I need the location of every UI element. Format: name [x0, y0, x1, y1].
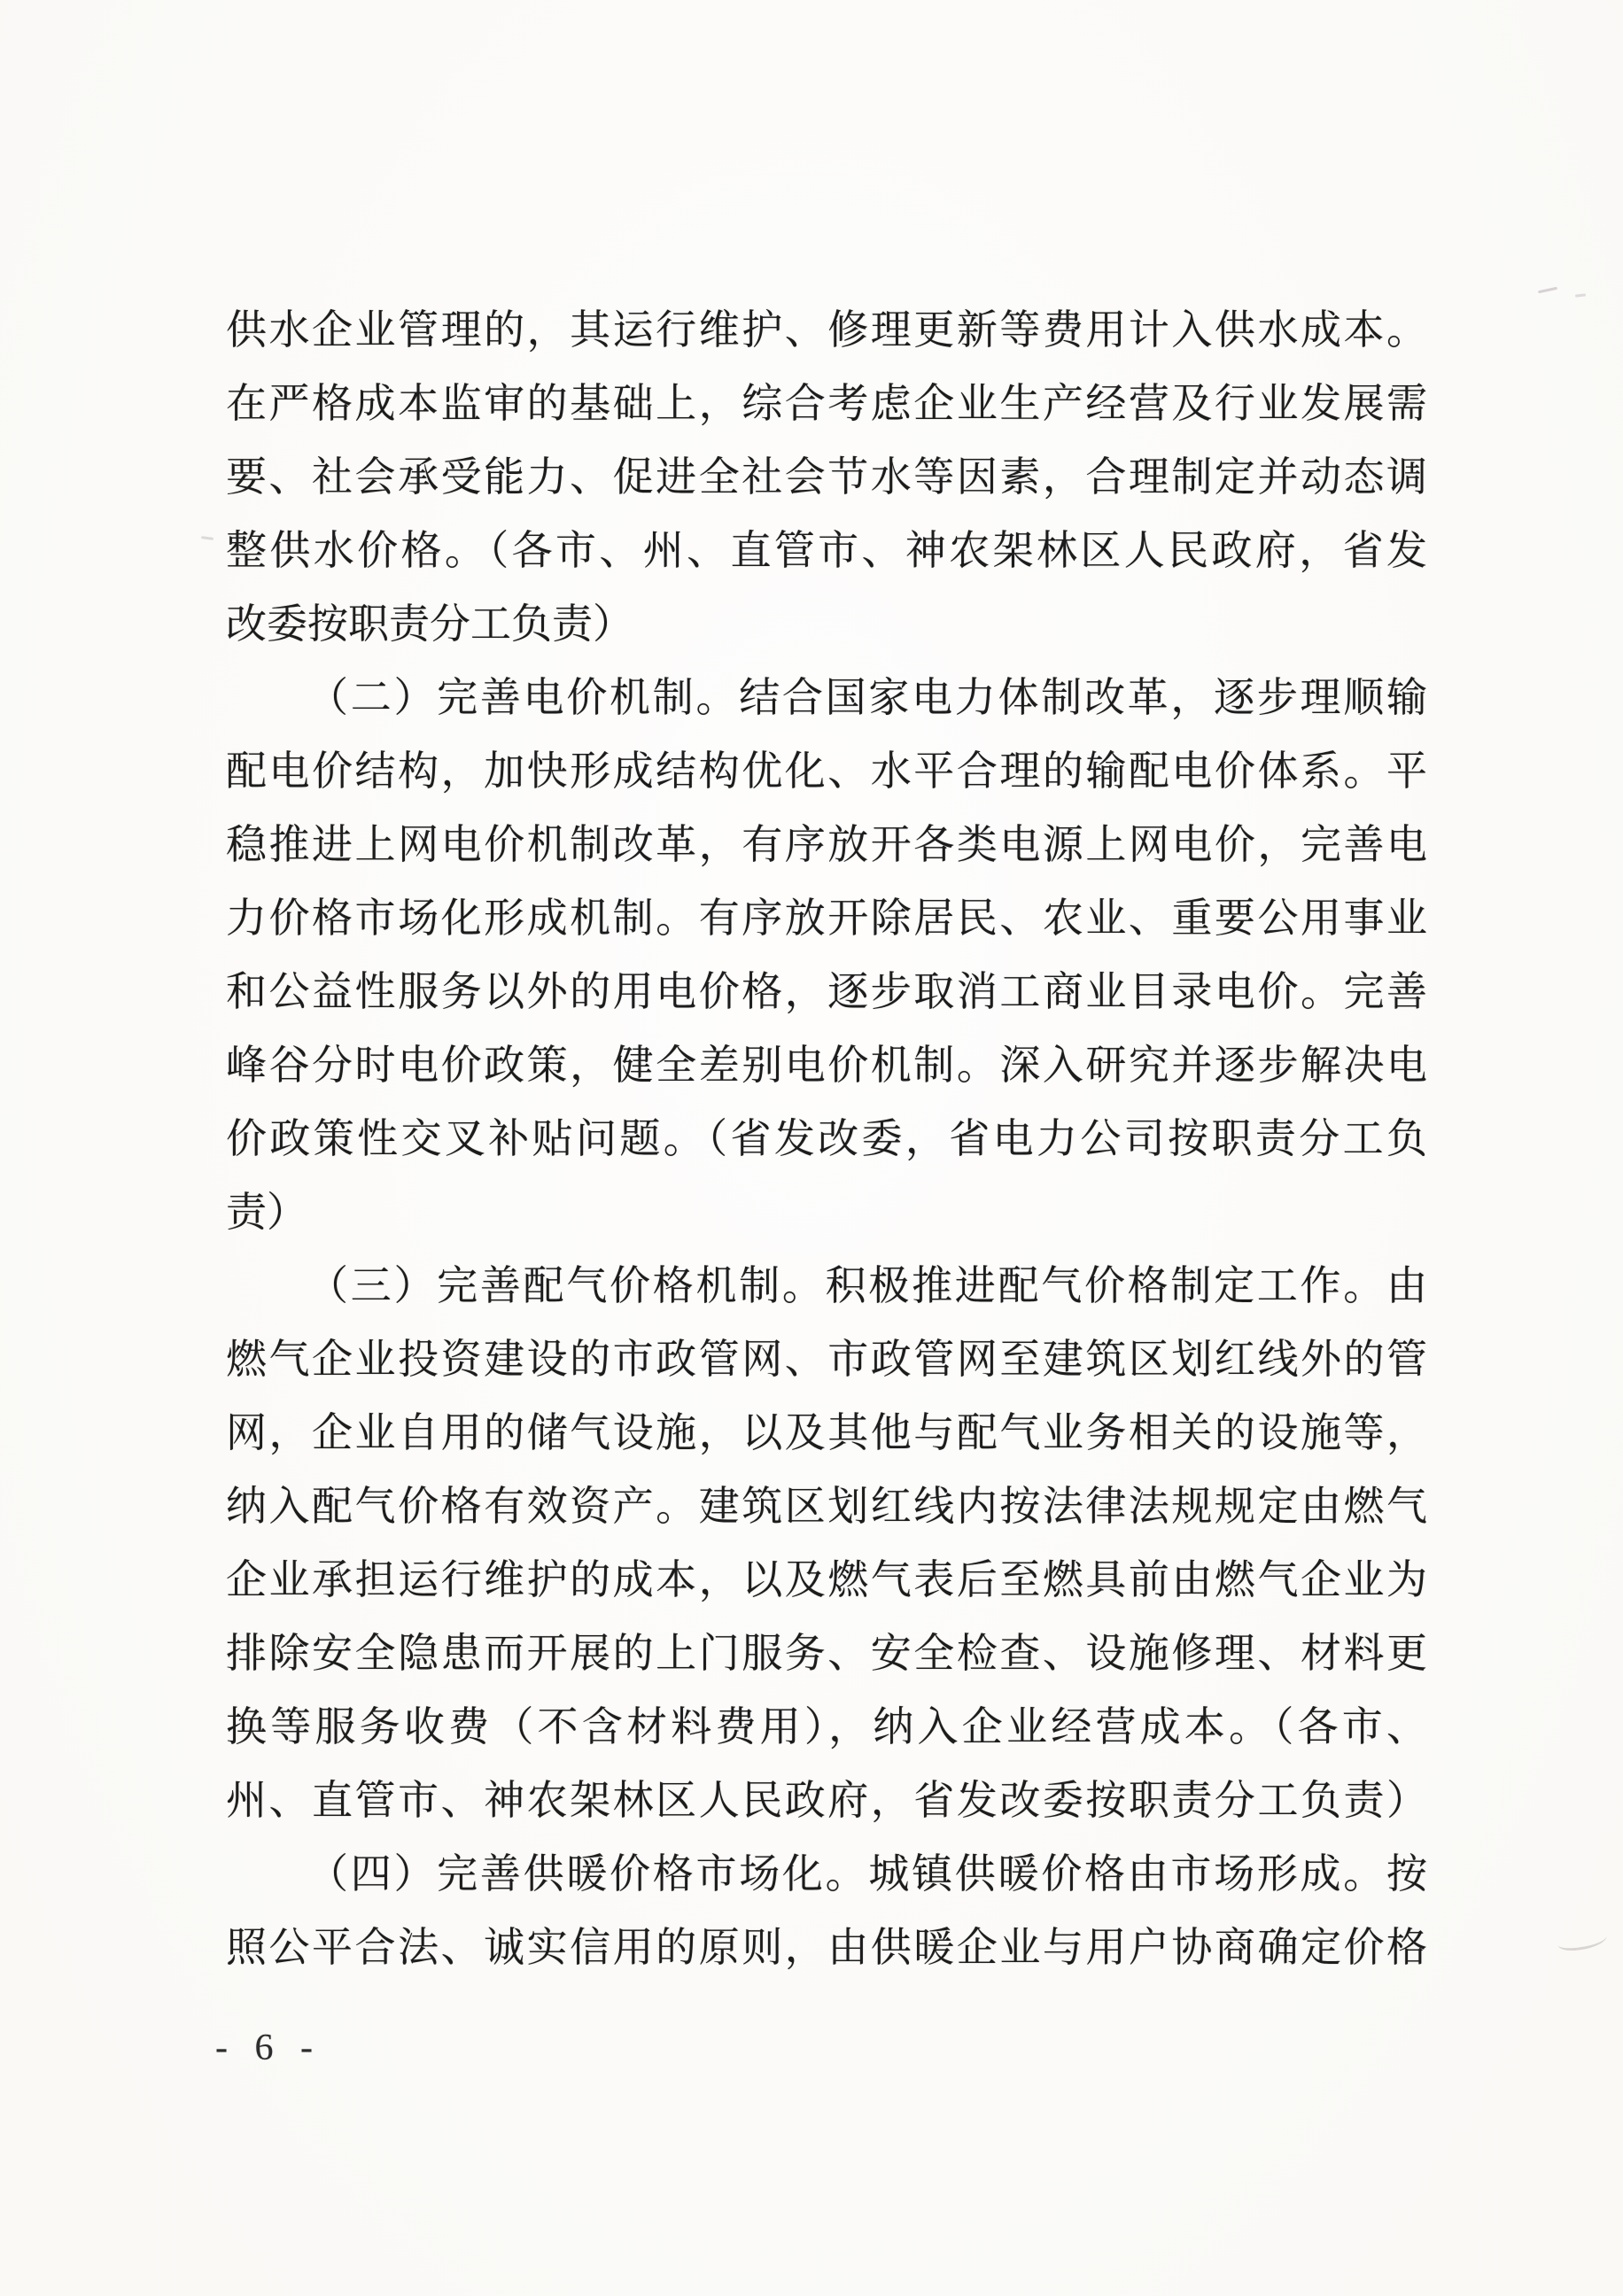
text-line: 换等服务收费（不含材料费用），纳入企业经营成本。（各市、 [226, 1690, 1427, 1764]
scanned-document-page: 供水企业管理的，其运行维护、修理更新等费用计入供水成本。在严格成本监审的基础上，… [0, 0, 1623, 2296]
text-line: 配电价结构，加快形成结构优化、水平合理的输配电价体系。平 [226, 734, 1427, 808]
text-line: 在严格成本监审的基础上，综合考虑企业生产经营及行业发展需 [226, 367, 1427, 440]
text-line: 纳入配气价格有效资产。建筑区划红线内按法律法规规定由燃气 [226, 1470, 1427, 1543]
text-line: （三）完善配气价格机制。积极推进配气价格制定工作。由 [226, 1249, 1427, 1323]
scan-artifact [1575, 293, 1586, 297]
text-line: 改委按职责分工负责） [226, 587, 1427, 661]
text-line: 照公平合法、诚实信用的原则，由供暖企业与用户协商确定价格 [226, 1911, 1427, 1984]
text-line: 整供水价格。（各市、州、直管市、神农架林区人民政府，省发 [226, 514, 1427, 587]
text-line: 燃气企业投资建设的市政管网、市政管网至建筑区划红线外的管 [226, 1323, 1427, 1396]
page-number: - 6 - [215, 2027, 322, 2069]
text-line: 和公益性服务以外的用电价格，逐步取消工商业目录电价。完善 [226, 955, 1427, 1028]
scan-artifact [1557, 1928, 1608, 1953]
scan-artifact [201, 536, 214, 540]
text-line: 州、直管市、神农架林区人民政府，省发改委按职责分工负责） [226, 1764, 1427, 1837]
text-line: 网，企业自用的储气设施，以及其他与配气业务相关的设施等， [226, 1396, 1427, 1470]
text-line: 要、社会承受能力、促进全社会节水等因素，合理制定并动态调 [226, 440, 1427, 514]
text-line: 企业承担运行维护的成本，以及燃气表后至燃具前由燃气企业为 [226, 1543, 1427, 1617]
text-line: 责） [226, 1175, 1427, 1249]
text-line: 排除安全隐患而开展的上门服务、安全检查、设施修理、材料更 [226, 1617, 1427, 1690]
text-line: （四）完善供暖价格市场化。城镇供暖价格由市场形成。按 [226, 1837, 1427, 1911]
text-line: 峰谷分时电价政策，健全差别电价机制。深入研究并逐步解决电 [226, 1028, 1427, 1102]
scan-artifact [1538, 287, 1557, 294]
text-line: 力价格市场化形成机制。有序放开除居民、农业、重要公用事业 [226, 881, 1427, 955]
text-line: 稳推进上网电价机制改革，有序放开各类电源上网电价，完善电 [226, 808, 1427, 881]
text-line: 价政策性交叉补贴问题。（省发改委，省电力公司按职责分工负 [226, 1102, 1427, 1175]
text-line: 供水企业管理的，其运行维护、修理更新等费用计入供水成本。 [226, 293, 1427, 367]
text-line: （二）完善电价机制。结合国家电力体制改革，逐步理顺输 [226, 661, 1427, 734]
document-body-text: 供水企业管理的，其运行维护、修理更新等费用计入供水成本。在严格成本监审的基础上，… [226, 293, 1427, 1984]
